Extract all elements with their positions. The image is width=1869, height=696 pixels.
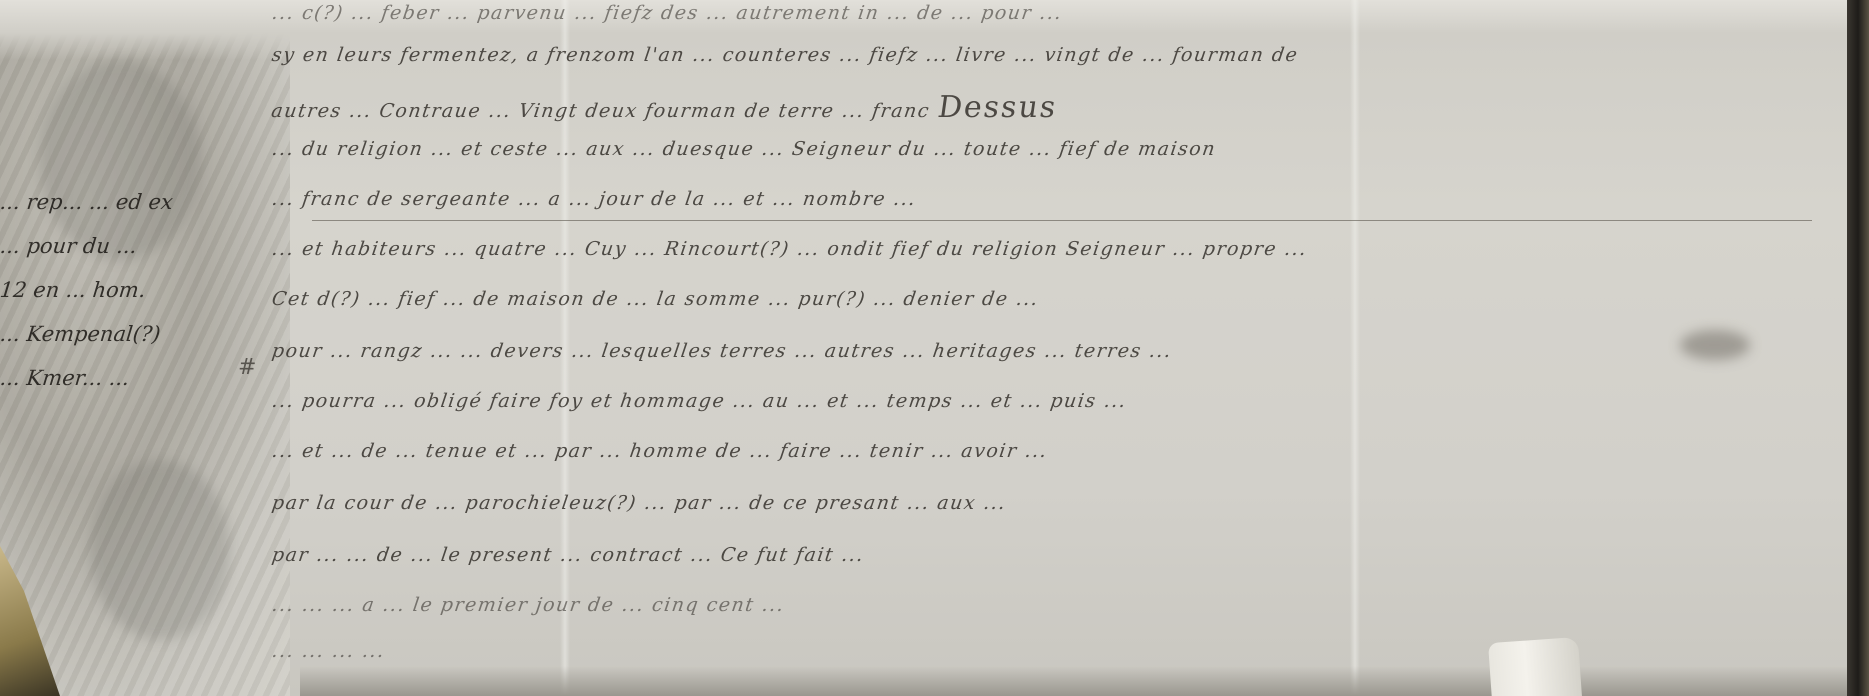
stain (90, 460, 230, 640)
text-line: ... pourra ... obligé faire foy et homma… (270, 390, 1128, 412)
text-line: Cet d(?) ... fief ... de maison de ... l… (270, 288, 1040, 310)
margin-note: ... Kmer... ... (0, 366, 271, 390)
text-segment: autres ... Contraue ... Vingt deux fourm… (270, 100, 932, 122)
text-line: autres ... Contraue ... Vingt deux fourm… (270, 90, 1060, 125)
text-line: ... et ... de ... tenue et ... par ... h… (270, 440, 1049, 462)
text-line: ... et habiteurs ... quatre ... Cuy ... … (270, 238, 1308, 260)
text-line: pour ... rangz ... ... devers ... lesque… (270, 340, 1173, 362)
margin-note: ... pour du ... (0, 234, 271, 258)
margin-note: ... Kempenal(?) (0, 322, 271, 346)
text-line: ... ... ... a ... le premier jour de ...… (270, 594, 786, 616)
margin-note: 12 en ... hom. (0, 278, 271, 302)
ruled-line (312, 220, 1812, 221)
text-line: par ... ... de ... le present ... contra… (270, 544, 865, 566)
margin-symbol: # (238, 355, 256, 380)
text-line: sy en leurs fermentez, a frenzom l'an ..… (270, 44, 1299, 66)
text-line: ... franc de sergeante ... a ... jour de… (270, 188, 917, 210)
dark-right-edge (1847, 0, 1869, 696)
text-line: ... c(?) ... feber ... parvenu ... fiefz… (270, 2, 1063, 24)
text-line: par la cour de ... parochieleuz(?) ... p… (270, 492, 1007, 514)
text-line: ... ... ... ... (270, 640, 386, 662)
margin-note: ... rep... ... ed ex (0, 190, 271, 214)
text-line: ... du religion ... et ceste ... aux ...… (270, 138, 1217, 160)
margin-notes: ... rep... ... ed ex ... pour du ... 12 … (0, 190, 270, 410)
manuscript-body: ... c(?) ... feber ... parvenu ... fiefz… (272, 0, 1842, 696)
emphasized-word: Dessus (936, 90, 1060, 125)
parchment-photo: ... rep... ... ed ex ... pour du ... 12 … (0, 0, 1869, 696)
